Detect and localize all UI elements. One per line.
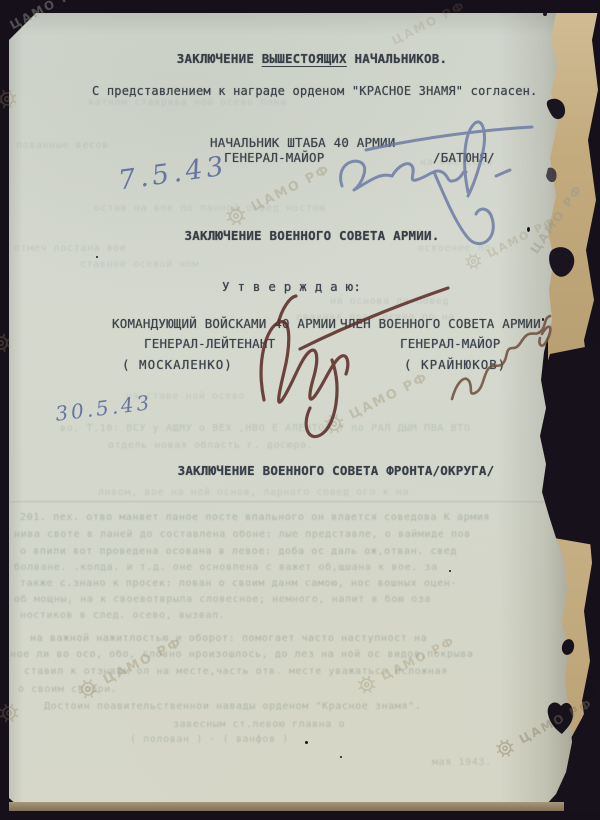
typed-text-layer: ЗАКЛЮЧЕНИЕ ВЫШЕСТОЯЩИХ НАЧАЛЬНИКОВ. С пр… [0,0,600,820]
superiors-conclusion-heading: ЗАКЛЮЧЕНИЕ ВЫШЕСТОЯЩИХ НАЧАЛЬНИКОВ. [162,51,462,66]
award-agreement-line: С представлением к награде орденом "КРАС… [92,84,537,98]
commander-rank: ГЕНЕРАЛ-ЛЕЙТЕНАНТ [144,336,275,351]
front-council-heading: ЗАКЛЮЧЕНИЕ ВОЕННОГО СОВЕТА ФРОНТА/ОКРУГА… [166,463,506,478]
heading-part: ЗАКЛЮЧЕНИЕ [177,51,262,66]
council-member-name: ( КРАЙНЮКОВ) [404,357,506,372]
heading-part-underlined: ВЫШЕСТОЯЩИХ [262,51,347,66]
chief-of-staff-name: /БАТЮНЯ/ [433,150,495,165]
council-member-title: ЧЛЕН ВОЕННОГО СОВЕТА АРМИИ [340,316,541,331]
handwritten-date-bottom: 30.5.43 [54,390,154,426]
council-member-rank: ГЕНЕРАЛ-МАЙОР [400,336,500,351]
army-council-heading: ЗАКЛЮЧЕНИЕ ВОЕННОГО СОВЕТА АРМИИ. [162,228,462,243]
commander-title: КОМАНДУЮЩИЙ ВОЙСКАМИ 40 АРМИИ [112,316,336,331]
approve-line: У т в е р ж д а ю: [222,279,361,294]
chief-of-staff-title: НАЧАЛЬНИК ШТАБА 40 АРМИИ [210,135,395,150]
archival-document-scan: { "typed": { "title_pre": "ЗАКЛЮЧЕНИЕ ",… [0,0,600,820]
heading-part: НАЧАЛЬНИКОВ. [347,51,447,66]
chief-of-staff-rank: ГЕНЕРАЛ-МАЙОР [224,150,324,165]
handwritten-date-top: 7.5.43 [116,151,229,197]
commander-name: ( МОСКАЛЕНКО) [122,357,233,372]
